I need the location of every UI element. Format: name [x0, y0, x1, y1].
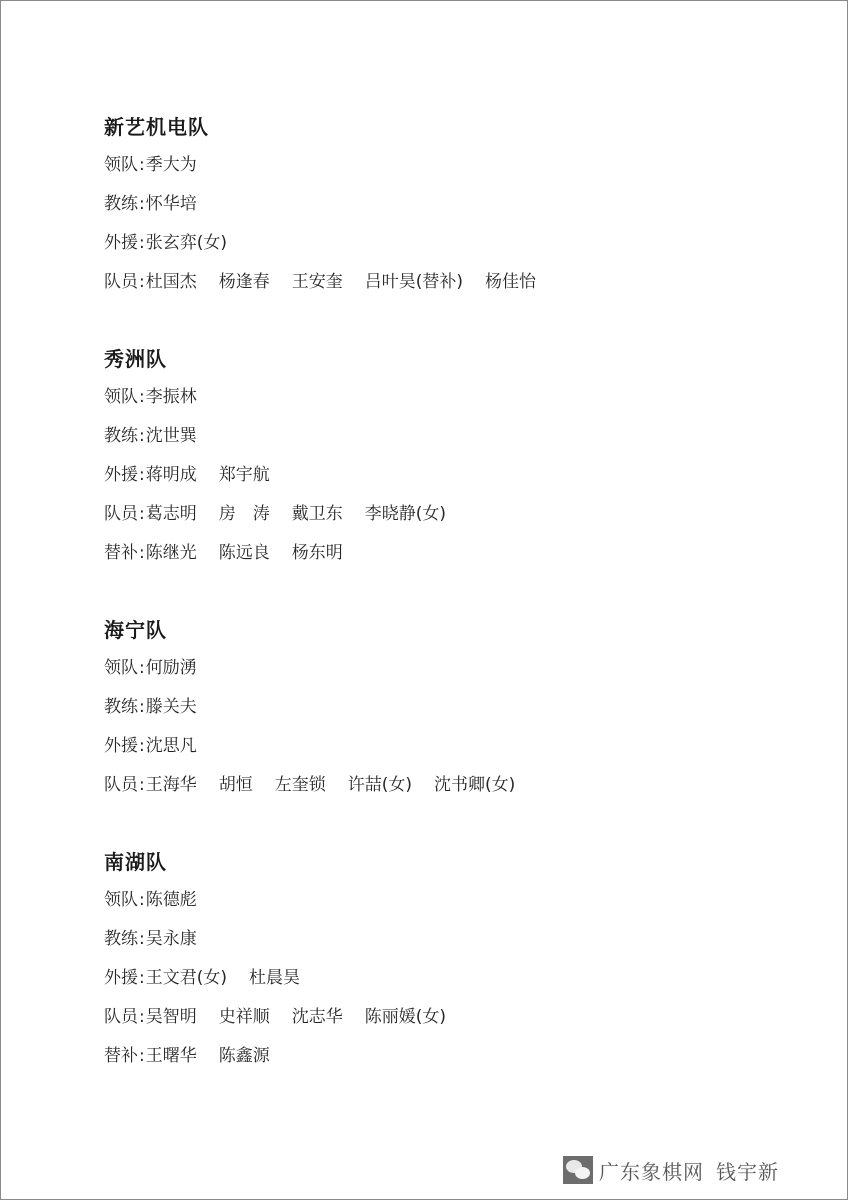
- role-label: 队员: [104, 775, 138, 795]
- role-label: 领队: [104, 155, 138, 175]
- person-name: 沈世巽: [146, 421, 197, 451]
- roster-row-leader: 领队:李振林: [104, 382, 558, 421]
- person-name: 陈丽媛(女): [365, 1002, 446, 1032]
- person-name: 沈志华: [292, 1002, 343, 1032]
- roster-row-foreign-aid: 外援:张玄弈(女): [104, 228, 558, 267]
- person-name: 杨佳怡: [485, 267, 536, 297]
- roster-row-coach: 教练:沈世巽: [104, 421, 558, 460]
- role-label: 外援: [104, 233, 138, 253]
- role-label: 教练: [104, 194, 138, 214]
- roster-row-leader: 领队:季大为: [104, 150, 558, 189]
- roster-row-coach: 教练:滕关夫: [104, 692, 558, 731]
- person-name: 吕叶昊(替补): [365, 267, 463, 297]
- person-name: 王海华: [146, 770, 197, 800]
- role-label: 替补: [104, 543, 138, 563]
- person-name: 张玄弈(女): [146, 228, 227, 258]
- role-label: 外援: [104, 465, 138, 485]
- person-name: 王文君(女): [146, 963, 227, 993]
- person-name: 滕关夫: [146, 692, 197, 722]
- watermark: 广东象棋网钱宇新: [563, 1155, 779, 1185]
- person-name: 李晓静(女): [365, 499, 446, 529]
- team-section: 新艺机电队 领队:季大为 教练:怀华培 外援:张玄弈(女) 队员:杜国杰杨逢春王…: [104, 112, 558, 306]
- person-name: 王曙华: [146, 1041, 197, 1071]
- role-label: 队员: [104, 272, 138, 292]
- team-title: 南湖队: [104, 847, 558, 877]
- person-name: 戴卫东: [292, 499, 343, 529]
- person-name: 陈鑫源: [219, 1041, 270, 1071]
- person-name: 怀华培: [146, 189, 197, 219]
- person-name: 陈德彪: [146, 885, 197, 915]
- team-section: 秀洲队 领队:李振林 教练:沈世巽 外援:蒋明成郑宇航 队员:葛志明房 涛戴卫东…: [104, 344, 558, 577]
- person-name: 何励湧: [146, 653, 197, 683]
- watermark-author: 钱宇新: [716, 1160, 779, 1184]
- role-label: 教练: [104, 697, 138, 717]
- roster-row-players: 队员:王海华胡恒左奎锁许喆(女)沈书卿(女): [104, 770, 558, 809]
- person-name: 沈思凡: [146, 731, 197, 761]
- roster-row-substitutes: 替补:王曙华陈鑫源: [104, 1041, 558, 1080]
- person-name: 葛志明: [146, 499, 197, 529]
- person-name: 蒋明成: [146, 460, 197, 490]
- person-name: 陈远良: [219, 538, 270, 568]
- roster-row-players: 队员:吴智明史祥顺沈志华陈丽媛(女): [104, 1002, 558, 1041]
- team-title: 海宁队: [104, 615, 558, 645]
- wechat-icon: [563, 1156, 593, 1184]
- person-name: 郑宇航: [219, 460, 270, 490]
- person-name: 吴永康: [146, 924, 197, 954]
- roster-row-players: 队员:葛志明房 涛戴卫东李晓静(女): [104, 499, 558, 538]
- person-name: 杨东明: [292, 538, 343, 568]
- role-label: 队员: [104, 1007, 138, 1027]
- roster-row-leader: 领队:何励湧: [104, 653, 558, 692]
- role-label: 外援: [104, 736, 138, 756]
- role-label: 教练: [104, 929, 138, 949]
- person-name: 胡恒: [219, 770, 253, 800]
- role-label: 领队: [104, 658, 138, 678]
- person-name: 杨逢春: [219, 267, 270, 297]
- team-section: 南湖队 领队:陈德彪 教练:吴永康 外援:王文君(女)杜晨昊 队员:吴智明史祥顺…: [104, 847, 558, 1080]
- person-name: 季大为: [146, 150, 197, 180]
- person-name: 许喆(女): [348, 770, 412, 800]
- person-name: 李振林: [146, 382, 197, 412]
- roster-row-players: 队员:杜国杰杨逢春王安奎吕叶昊(替补)杨佳怡: [104, 267, 558, 306]
- team-title: 新艺机电队: [104, 112, 558, 142]
- person-name: 王安奎: [292, 267, 343, 297]
- team-roster: 新艺机电队 领队:季大为 教练:怀华培 外援:张玄弈(女) 队员:杜国杰杨逢春王…: [104, 112, 558, 1118]
- role-label: 领队: [104, 387, 138, 407]
- person-name: 杜国杰: [146, 267, 197, 297]
- person-name: 史祥顺: [219, 1002, 270, 1032]
- person-name: 沈书卿(女): [434, 770, 515, 800]
- watermark-site: 广东象棋网: [599, 1160, 704, 1184]
- team-section: 海宁队 领队:何励湧 教练:滕关夫 外援:沈思凡 队员:王海华胡恒左奎锁许喆(女…: [104, 615, 558, 809]
- team-title: 秀洲队: [104, 344, 558, 374]
- role-label: 领队: [104, 890, 138, 910]
- person-name: 吴智明: [146, 1002, 197, 1032]
- roster-row-foreign-aid: 外援:王文君(女)杜晨昊: [104, 963, 558, 1002]
- role-label: 教练: [104, 426, 138, 446]
- roster-row-foreign-aid: 外援:蒋明成郑宇航: [104, 460, 558, 499]
- roster-row-substitutes: 替补:陈继光陈远良杨东明: [104, 538, 558, 577]
- person-name: 陈继光: [146, 538, 197, 568]
- role-label: 外援: [104, 968, 138, 988]
- role-label: 队员: [104, 504, 138, 524]
- roster-row-coach: 教练:吴永康: [104, 924, 558, 963]
- person-name: 左奎锁: [275, 770, 326, 800]
- person-name: 房 涛: [219, 499, 270, 529]
- person-name: 杜晨昊: [249, 963, 300, 993]
- roster-row-leader: 领队:陈德彪: [104, 885, 558, 924]
- roster-row-coach: 教练:怀华培: [104, 189, 558, 228]
- role-label: 替补: [104, 1046, 138, 1066]
- roster-row-foreign-aid: 外援:沈思凡: [104, 731, 558, 770]
